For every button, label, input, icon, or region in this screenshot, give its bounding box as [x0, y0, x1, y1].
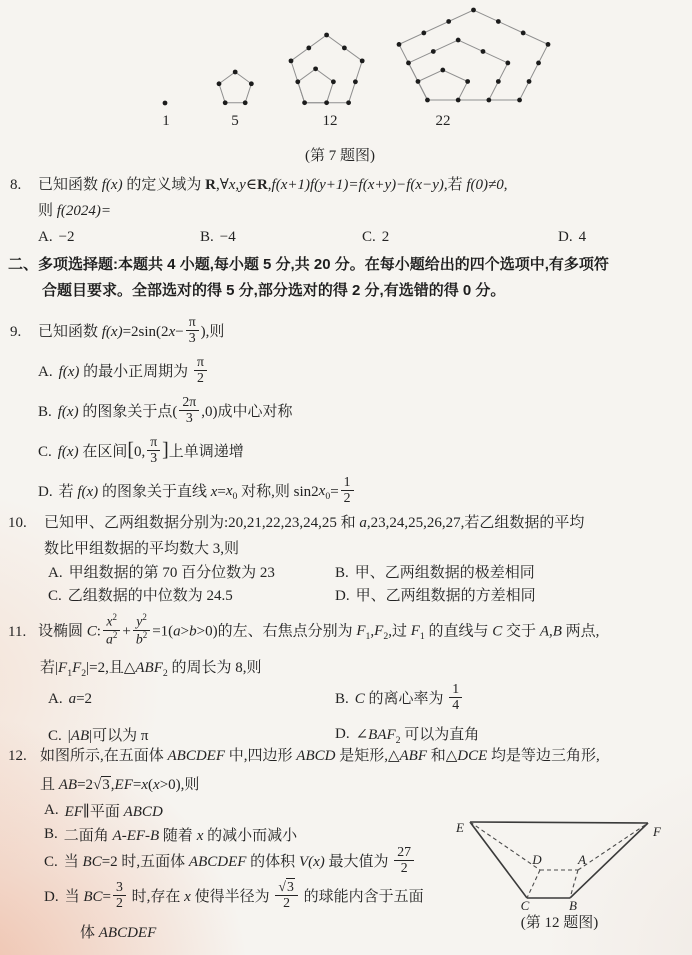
figure-12: E F D A C B (第 12 题图) — [452, 792, 667, 933]
vertex-label-b: B — [569, 898, 577, 910]
question-11-number: 11. — [0, 624, 38, 641]
question-12-number: 12. — [0, 744, 40, 768]
option-8d: D.4 — [558, 224, 586, 250]
figure-7: 1 5 12 22 (第 7 题图) — [0, 0, 692, 172]
figure7-value-4: 22 — [423, 112, 463, 130]
question-9: 9.已知函数 f(x)=2sin(2x−π3),则 A.f(x) 的最小正周期为… — [0, 312, 692, 512]
option-11a: A.a=2 — [48, 691, 335, 708]
vertex-label-e: E — [455, 820, 464, 835]
pentagon-dots-22 — [395, 6, 553, 105]
question-10-options-row-1: A.甲组数据的第 70 百分位数为 23 B.甲、乙两组数据的极差相同 — [0, 562, 692, 585]
pentagon-dots-12 — [287, 31, 367, 107]
option-11b: B.C 的离心率为 14 — [335, 684, 464, 715]
vertex-label-c: C — [521, 898, 530, 910]
question-11-options-row-1: A.a=2 B.C 的离心率为 14 — [0, 682, 692, 717]
question-8-text: 已知函数 f(x) 的定义域为 R,∀x,y∈R,f(x+1)f(y+1)=f(… — [38, 177, 508, 193]
vertex-label-d: D — [531, 852, 542, 867]
option-8a: A.−2 — [38, 224, 75, 250]
section-2-line-2: 合题目要求。全部选对的得 5 分,部分选对的得 2 分,有选错的得 0 分。 — [0, 278, 692, 304]
question-11: 11.设椭圆 C:x2a2+y2b2=1(a>b>0)的左、右焦点分别为 F1,… — [0, 612, 692, 752]
pentahedron-drawing: E F D A C B — [452, 792, 667, 910]
pentagonal-figure-1 — [161, 99, 169, 107]
question-10-line-2: 数比甲组数据的平均数大 3,则 — [0, 536, 692, 562]
section-2-number: 二、 — [0, 256, 38, 273]
exam-page: { "figure7": { "values": ["1", "5", "12"… — [0, 0, 692, 955]
question-11-line-1: 11.设椭圆 C:x2a2+y2b2=1(a>b>0)的左、右焦点分别为 F1,… — [0, 612, 692, 652]
option-9a: A.f(x) 的最小正周期为 π2 — [0, 352, 692, 392]
vertex-label-f: F — [652, 824, 662, 839]
pentagonal-figure-22 — [395, 6, 553, 105]
question-9-line-1: 9.已知函数 f(x)=2sin(2x−π3),则 — [0, 312, 692, 352]
option-11c: C.|AB|可以为 π — [48, 724, 335, 745]
question-12-line-1: 12.如图所示,在五面体 ABCDEF 中,四边形 ABCD 是矩形,△ABF … — [0, 744, 692, 768]
figure7-value-2: 5 — [215, 112, 255, 130]
option-8b: B.−4 — [200, 224, 236, 250]
figure7-caption: (第 7 题图) — [240, 146, 440, 166]
question-8-line-1: 8.已知函数 f(x) 的定义域为 R,∀x,y∈R,f(x+1)f(y+1)=… — [0, 172, 692, 198]
question-10: 10.已知甲、乙两组数据分别为:20,21,22,23,24,25 和 a,23… — [0, 510, 692, 608]
figure12-caption: (第 12 题图) — [452, 913, 667, 933]
section-2-header: 二、多项选择题:本题共 4 小题,每小题 5 分,共 20 分。在每小题给出的四… — [0, 252, 692, 304]
section-2-line-1: 二、多项选择题:本题共 4 小题,每小题 5 分,共 20 分。在每小题给出的四… — [0, 252, 692, 278]
option-9c: C.f(x) 在区间[0,π3]上单调递增 — [0, 432, 692, 472]
option-9b: B.f(x) 的图象关于点(2π3,0)成中心对称 — [0, 392, 692, 432]
pentagonal-figure-5 — [215, 68, 256, 107]
question-10-options-row-2: C.乙组数据的中位数为 24.5 D.甲、乙两组数据的方差相同 — [0, 585, 692, 608]
pentagon-dots-1 — [161, 99, 169, 107]
option-10d: D.甲、乙两组数据的方差相同 — [335, 585, 536, 608]
option-10b: B.甲、乙两组数据的极差相同 — [335, 562, 535, 585]
option-8c: C.2 — [362, 224, 389, 250]
vertex-label-a: A — [577, 852, 586, 867]
question-8-options: A.−2 B.−4 C.2 D.4 — [0, 224, 692, 250]
question-10-line-1: 10.已知甲、乙两组数据分别为:20,21,22,23,24,25 和 a,23… — [0, 510, 692, 536]
question-8: 8.已知函数 f(x) 的定义域为 R,∀x,y∈R,f(x+1)f(y+1)=… — [0, 172, 692, 250]
question-9-number: 9. — [0, 324, 38, 341]
question-10-number: 10. — [0, 510, 44, 536]
pentagon-dots-5 — [215, 68, 256, 107]
option-10a: A.甲组数据的第 70 百分位数为 23 — [48, 562, 335, 585]
question-8-line-2: 则 f(2024)= — [0, 198, 692, 224]
option-10c: C.乙组数据的中位数为 24.5 — [48, 585, 335, 608]
option-11d: D.∠BAF2 可以为直角 — [335, 723, 479, 746]
figure7-value-3: 12 — [310, 112, 350, 130]
pentagonal-figure-12 — [287, 31, 367, 107]
question-11-line-2: 若|F1F2|=2,且△ABF2 的周长为 8,则 — [0, 652, 692, 682]
option-9d: D.若 f(x) 的图象关于直线 x=x0 对称,则 sin2x0=12 — [0, 472, 692, 512]
question-8-number: 8. — [0, 172, 38, 198]
figure7-value-1: 1 — [146, 112, 186, 130]
